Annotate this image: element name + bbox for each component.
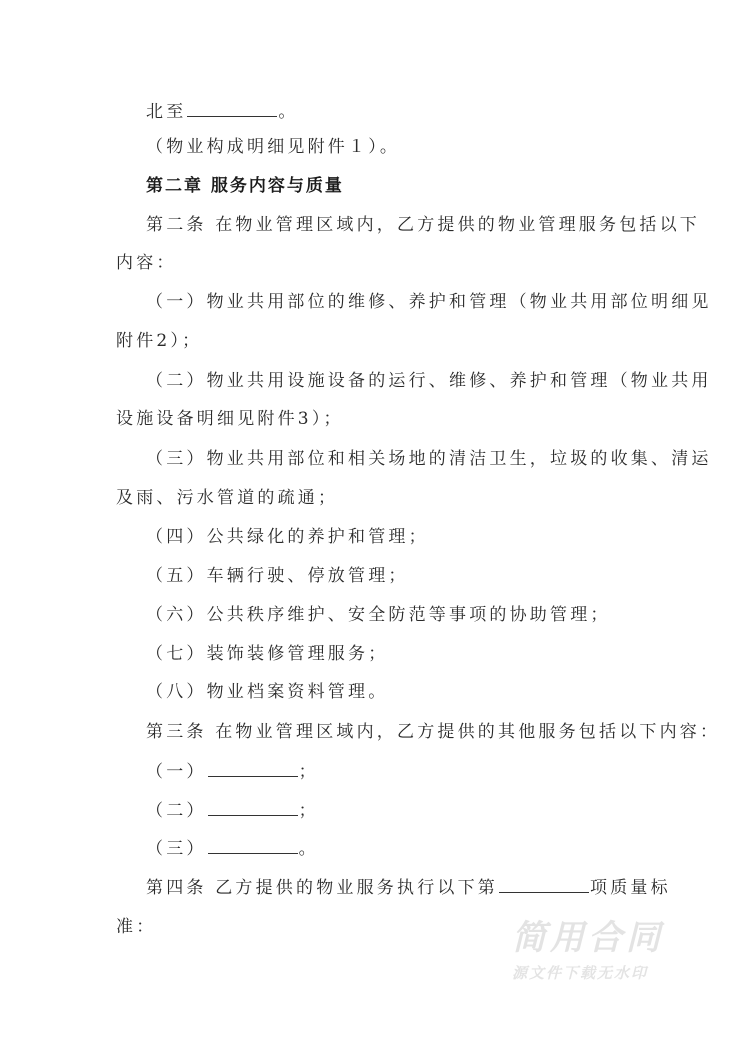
watermark-subtitle: 源文件下载无水印	[512, 962, 702, 983]
item-4: （四）公共绿化的养护和管理；	[146, 526, 429, 548]
other-service-2: （二）；	[146, 799, 319, 822]
item-1-line-2: 附件2）；	[116, 330, 202, 352]
chapter-2-title: 第二章 服务内容与质量	[146, 175, 344, 197]
item-3-line-1: （三）物业共用部位和相关场地的清洁卫生，垃圾的收集、清运	[146, 448, 712, 470]
article-4-line-2: 准：	[116, 916, 156, 938]
other-service-2-label: （二）	[146, 801, 207, 821]
north-suffix: 。	[278, 102, 298, 122]
article-2-line-1: 第二条 在物业管理区域内，乙方提供的物业管理服务包括以下	[146, 214, 700, 236]
item-5: （五）车辆行驶、停放管理；	[146, 565, 409, 587]
other-service-3-label: （三）	[146, 839, 207, 859]
other-service-2-blank-field[interactable]	[208, 799, 298, 816]
other-service-3-suffix: 。	[299, 839, 319, 859]
other-service-3-blank-field[interactable]	[208, 837, 298, 854]
other-service-1-label: （一）	[146, 762, 207, 782]
other-service-1-blank-field[interactable]	[208, 760, 298, 777]
other-service-1-suffix: ；	[299, 762, 319, 782]
north-blank-field[interactable]	[187, 100, 277, 117]
item-2-line-1: （二）物业共用设施设备的运行、维修、养护和管理（物业共用	[146, 370, 712, 392]
item-3-line-2: 及雨、污水管道的疏通；	[116, 487, 338, 509]
watermark: 简用合同 源文件下载无水印	[512, 918, 702, 983]
item-1-line-1: （一）物业共用部位的维修、养护和管理（物业共用部位明细见	[146, 291, 712, 313]
other-service-2-suffix: ；	[299, 801, 319, 821]
article-4-prefix: 第四条 乙方提供的物业服务执行以下第	[146, 878, 498, 898]
item-6: （六）公共秩序维护、安全防范等事项的协助管理；	[146, 604, 611, 626]
quality-standard-blank-field[interactable]	[499, 876, 589, 893]
item-2-line-2: 设施设备明细见附件3）；	[116, 408, 344, 430]
document-page: 北至。 （物业构成明细见附件１）。 第二章 服务内容与质量 第二条 在物业管理区…	[0, 0, 742, 1049]
other-service-1: （一）；	[146, 760, 319, 783]
item-8: （八）物业档案资料管理。	[146, 681, 388, 703]
north-boundary-line: 北至。	[146, 100, 299, 123]
article-4-suffix: 项质量标	[590, 878, 671, 898]
watermark-title: 简用合同	[512, 918, 702, 958]
article-2-line-2: 内容：	[116, 252, 177, 274]
composition-note: （物业构成明细见附件１）。	[146, 136, 400, 158]
article-3: 第三条 在物业管理区域内，乙方提供的其他服务包括以下内容：	[146, 721, 720, 743]
other-service-3: （三）。	[146, 837, 319, 860]
north-label: 北至	[146, 102, 186, 122]
article-4-line-1: 第四条 乙方提供的物业服务执行以下第项质量标	[146, 876, 671, 899]
item-7: （七）装饰装修管理服务；	[146, 643, 388, 665]
